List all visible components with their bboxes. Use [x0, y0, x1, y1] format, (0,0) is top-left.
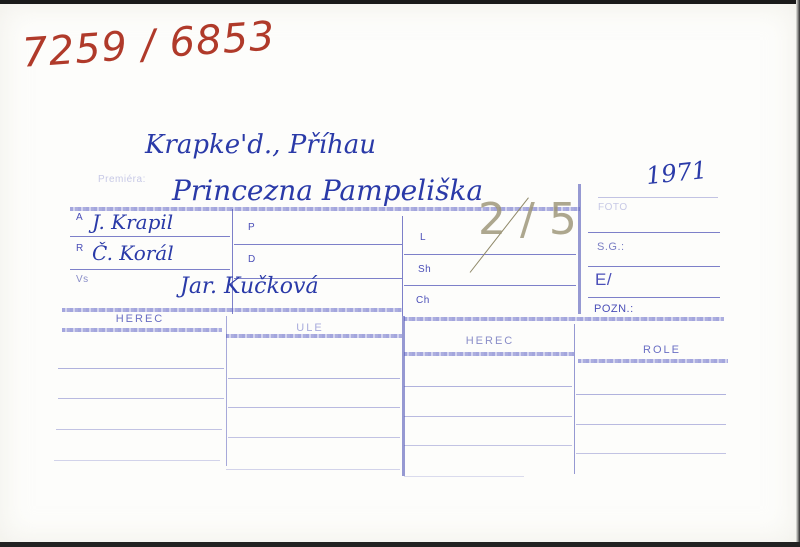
field-label-sg: S.G.: — [597, 241, 625, 253]
field-label-pozn: POZN.: — [594, 303, 634, 315]
header-line-top-right — [404, 317, 724, 321]
header-line-mid-center — [226, 334, 402, 338]
grid-hline-pozn — [588, 297, 720, 298]
stamp-line-top-right — [598, 197, 718, 198]
table-row-line-4c — [404, 476, 524, 477]
table-row-line-4a — [54, 460, 220, 461]
table-row-line-2c — [404, 416, 572, 417]
grid-vline-2 — [402, 216, 403, 316]
table-row-line-1b — [228, 378, 400, 379]
header-line-mid-far — [578, 359, 728, 363]
premiere-label: Premiéra: — [98, 174, 146, 185]
field-label-p: P — [248, 222, 255, 233]
header-line-mid-right — [404, 352, 574, 356]
table-vline-3 — [574, 324, 575, 474]
table-row-line-3a — [56, 429, 222, 430]
grid-hline-b — [70, 269, 230, 270]
table-row-line-3c — [404, 445, 572, 446]
field-value-vs: Jar. Kučková — [180, 274, 319, 299]
grid-hline-sg — [588, 232, 720, 233]
field-label-d: D — [248, 254, 256, 265]
table-row-line-1a — [58, 368, 224, 369]
field-value-r: Č. Korál — [92, 241, 174, 265]
table-row-line-1d — [576, 394, 726, 395]
table-row-line-4b — [226, 469, 400, 470]
archive-card: 7259 / 6853 Krapke'd., Příhau Premiéra: … — [0, 4, 796, 542]
table-row-line-1c — [404, 386, 572, 387]
field-label-vs: Vs — [76, 274, 89, 285]
table-row-line-2b — [228, 407, 400, 408]
field-label-ch: Ch — [416, 295, 430, 306]
play-title: Princezna Pampeliška — [172, 174, 483, 207]
table-row-line-2d — [576, 424, 726, 425]
field-label-foto: FOTO — [598, 202, 628, 213]
card-edge-bottom — [0, 542, 800, 547]
archive-number: 7259 / 6853 — [21, 13, 277, 77]
col-header-herec-1: HEREC — [90, 313, 190, 325]
table-row-line-3d — [576, 453, 726, 454]
col-header-herec-2: HEREC — [440, 335, 540, 347]
col-header-role-2: ROLE — [612, 344, 712, 356]
grid-hline-sh — [404, 285, 576, 286]
field-label-e: E/ — [595, 270, 612, 290]
table-row-line-3b — [228, 437, 400, 438]
col-header-role-1: ULE — [260, 322, 360, 334]
field-label-sh: Sh — [418, 264, 431, 275]
author-line: Krapke'd., Příhau — [145, 130, 376, 160]
field-value-a: J. Krapil — [92, 210, 173, 234]
header-line-mid-left — [62, 328, 222, 332]
field-label-r: R — [76, 243, 84, 254]
year: 1971 — [645, 156, 709, 190]
grid-hline-e — [588, 266, 720, 267]
table-row-line-2a — [58, 398, 224, 399]
grid-hline-a — [70, 236, 230, 237]
table-vline-2 — [402, 316, 405, 476]
grid-hline-p — [234, 244, 402, 245]
header-line-top-left — [62, 308, 402, 312]
field-label-a: A — [76, 212, 83, 223]
field-label-l: L — [420, 232, 426, 243]
pencil-note: 2/5 — [478, 194, 591, 245]
card-edge-right — [796, 0, 800, 547]
table-vline-1 — [226, 316, 227, 466]
grid-hline-l — [404, 254, 576, 255]
